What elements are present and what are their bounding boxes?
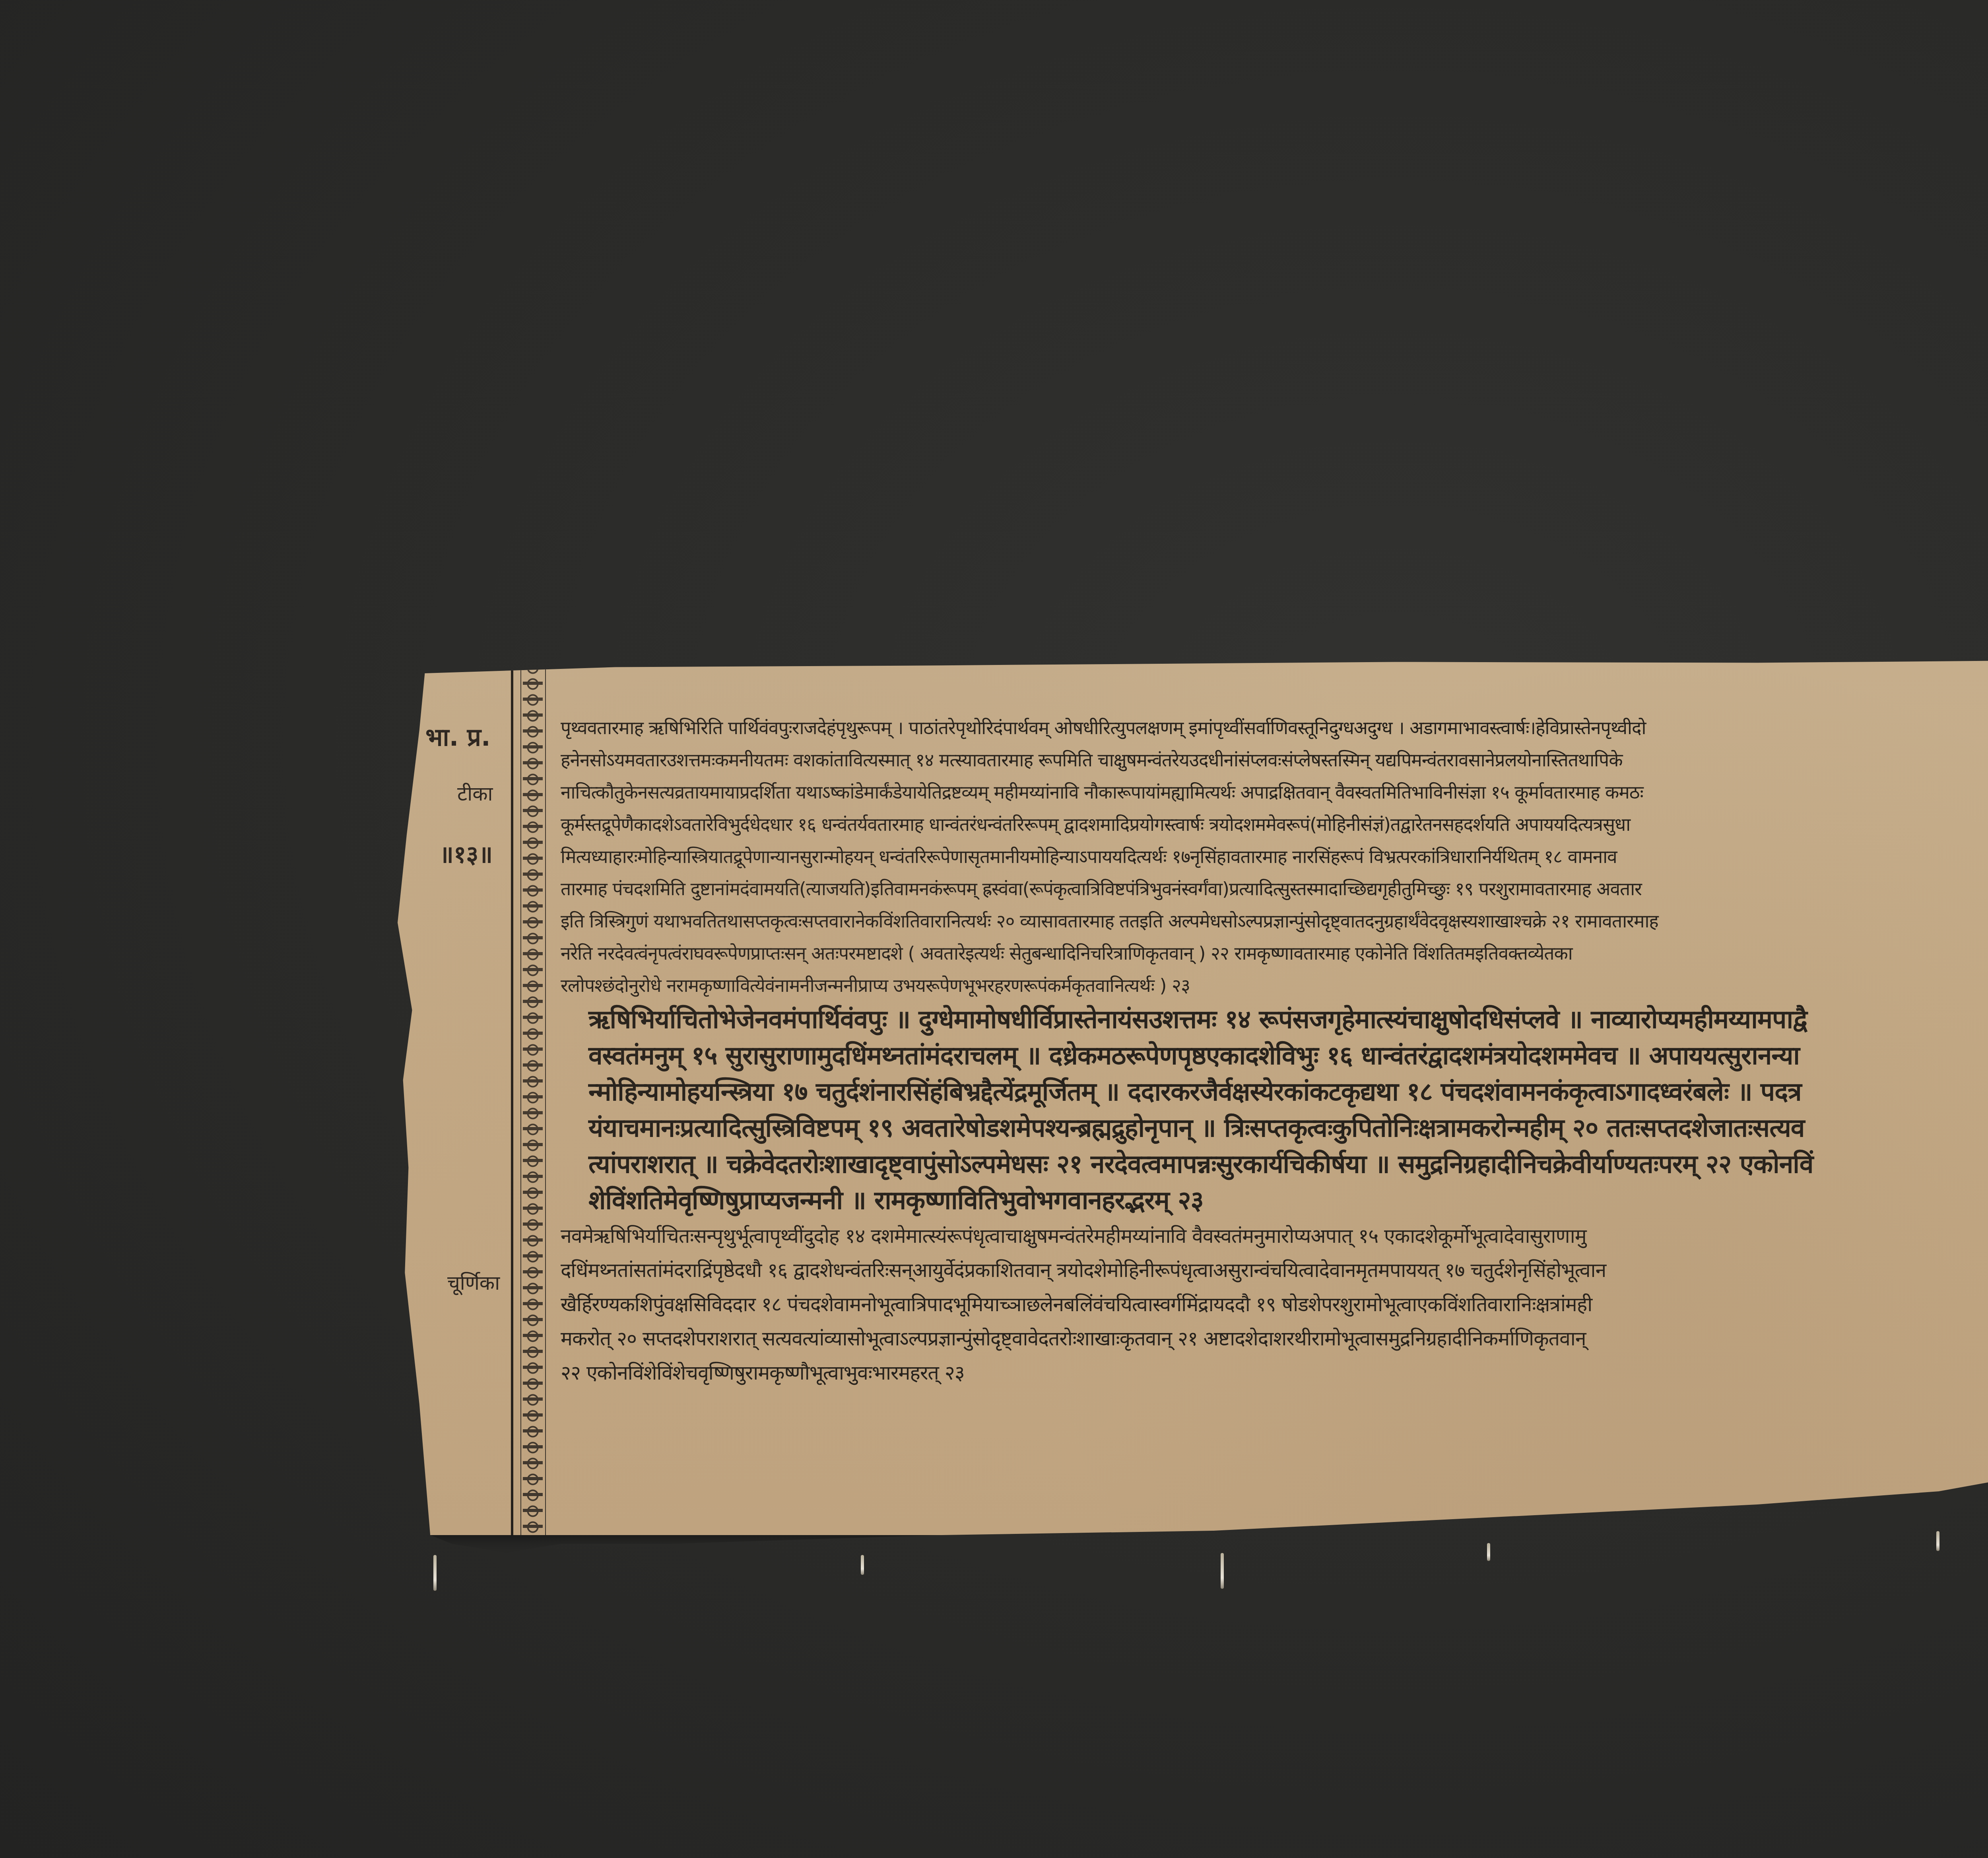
churnika-line: २२ एकोनविंशेविंशेचवृष्णिषुरामकृष्णौभूत्व… [561, 1356, 1988, 1390]
mounting-pin-icon [861, 1555, 864, 1575]
tika-line: नरेति नरदेवत्वंनृपत्वंराघवरूपेणप्राप्तःस… [561, 937, 1988, 970]
left-margin: भा. प्र. टीका ॥१३॥ चूर्णिका [398, 660, 517, 1535]
tika-line: कूर्मस्तद्रूपेणैकादशेऽवतारेविभुर्दधेदधार… [561, 809, 1988, 841]
churnika-line: खैर्हिरण्यकशिपुंवक्षसिविददार १८ पंचदशेवा… [561, 1287, 1988, 1322]
border-rule [545, 660, 546, 1535]
tika-label: टीका [457, 779, 493, 807]
left-vine-border [511, 660, 547, 1535]
border-rule [520, 660, 521, 1535]
verse-line: ऋषिभिर्याचितोभेजेनवमंपार्थिवंवपुः ॥ दुग्… [561, 1002, 1988, 1038]
page-number-left: ॥१३॥ [439, 837, 493, 870]
tika-commentary-block: पृथ्ववतारमाह ऋषिभिरिति पार्थिवंवपुःराजदे… [561, 712, 1988, 1002]
churnika-label: चूर्णिका [447, 1269, 500, 1296]
verse-line: वस्वतंमनुम् १५ सुरासुराणामुदधिंमथ्नतांमं… [561, 1038, 1988, 1074]
verse-line: यंयाचमानःप्रत्यादित्सुस्त्रिविष्टपम् १९ … [561, 1110, 1988, 1147]
tika-line: इति त्रिस्त्रिगुणं यथाभवतितथासप्तकृत्वःस… [561, 905, 1988, 937]
verse-line: न्मोहिन्यामोहयन्स्त्रिया १७ चतुर्दशंनारस… [561, 1074, 1988, 1110]
mula-verse-block: ऋषिभिर्याचितोभेजेनवमंपार्थिवंवपुः ॥ दुग्… [561, 1002, 1988, 1219]
churnika-line: दधिंमथ्नतांसतांमंदराद्रिंपृष्ठेदधौ १६ द्… [561, 1253, 1988, 1287]
text-title-abbrev: भा. प्र. [425, 720, 491, 753]
main-text-block: पृथ्ववतारमाह ऋषिभिरिति पार्थिवंवपुःराजदे… [561, 712, 1988, 1390]
manuscript-leaf: भा. प्र. टीका ॥१३॥ चूर्णिका पृथ्ववतारमाह… [398, 660, 1988, 1535]
tika-line: नाचित्कौतुकेनसत्यव्रतायमायाप्रदर्शिता यथ… [561, 776, 1988, 809]
tika-line: तारमाह पंचदशमिति दुष्टानांमदंवामयति(त्या… [561, 873, 1988, 905]
mounting-pin-icon [433, 1555, 437, 1591]
churnika-line: मकरोत् २० सप्तदशेपराशरात् सत्यवत्यांव्या… [561, 1322, 1988, 1356]
tika-line: पृथ्ववतारमाह ऋषिभिरिति पार्थिवंवपुःराजदे… [561, 712, 1988, 744]
verse-line: त्यांपराशरात् ॥ चक्रेवेदतरोःशाखादृष्ट्वा… [561, 1147, 1988, 1183]
churnika-line: नवमेऋषिभिर्याचितःसन्पृथुर्भूत्वापृथ्वींद… [561, 1219, 1988, 1253]
tika-line: मित्यध्याहारःमोहिन्यास्त्रियातद्रूपेणान्… [561, 841, 1988, 873]
border-rule [511, 660, 513, 1535]
mounting-pin-icon [1487, 1543, 1490, 1561]
tika-line: रलोपश्छंदोनुरोधे नरामकृष्णावित्येवंनामनी… [561, 970, 1988, 1002]
tika-line: हनेनसोऽयमवतारउशत्तमःकमनीयतमः वशकांतावित्… [561, 744, 1988, 776]
vine-ornament-icon [523, 660, 543, 1535]
mounting-pin-icon [1936, 1531, 1939, 1551]
verse-line: शेविंशतिमेवृष्णिषुप्राप्यजन्मनी ॥ रामकृष… [561, 1183, 1988, 1219]
churnika-commentary-block: नवमेऋषिभिर्याचितःसन्पृथुर्भूत्वापृथ्वींद… [561, 1219, 1988, 1390]
mounting-pin-icon [1221, 1553, 1224, 1589]
